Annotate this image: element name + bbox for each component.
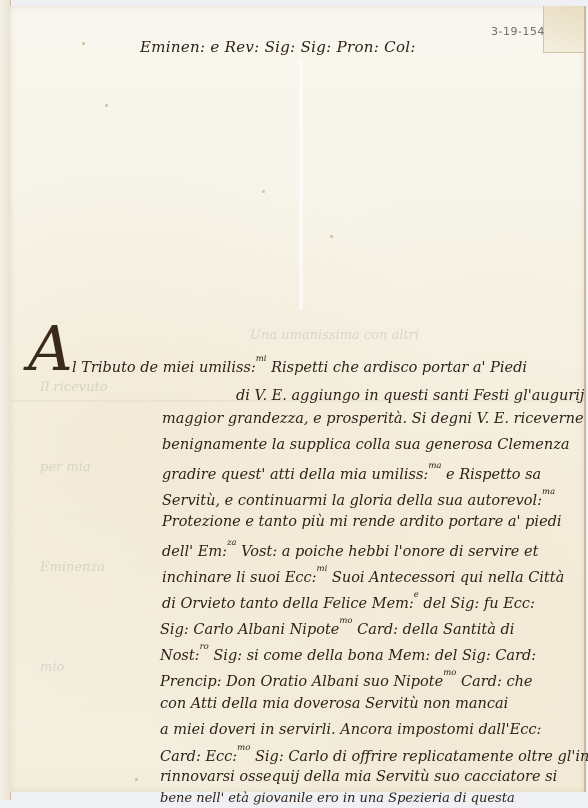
foxing-spot <box>262 190 265 193</box>
letter-line: gradire quest' atti della mia umiliss:ma… <box>162 462 541 484</box>
letter-line: benignamente la supplica colla sua gener… <box>162 436 570 454</box>
letter-line: Prencip: Don Oratio Albani suo Nipotemo … <box>160 669 533 691</box>
foxing-spot <box>82 42 85 45</box>
letter-line: l Tributo de miei umiliss:mi Rispetti ch… <box>72 355 527 377</box>
letter-line: di V. E. aggiungo in questi santi Festi … <box>236 383 588 405</box>
scanned-document: Una umanissima con altri Il ricevuto per… <box>0 0 588 800</box>
letter-line: di Orvieto tanto della Felice Mem:e del … <box>162 591 535 613</box>
letter-line: Card: Ecc:mo Sig: Carlo di offrire repli… <box>160 744 588 766</box>
letter-line: Nost:ro Sig: si come della bona Mem: del… <box>160 643 536 665</box>
letter-line: dell' Em:za Vost: a poiche hebbi l'onore… <box>162 539 538 561</box>
letter-line: Servitù, e continuarmi la gloria della s… <box>162 488 555 510</box>
letter-line: a miei doveri in servirli. Ancora impost… <box>160 721 541 739</box>
letter-line: con Atti della mia doverosa Servitù non … <box>160 695 508 713</box>
letter-line: inchinare li suoi Ecc:mi Suoi Antecessor… <box>162 565 564 587</box>
letter-line: maggior grandezza, e prosperità. Si degn… <box>162 410 584 428</box>
foxing-spot <box>330 235 333 238</box>
letter-body: l Tributo de miei umiliss:mi Rispetti ch… <box>0 0 588 800</box>
foxing-spot <box>105 104 108 107</box>
letter-line: bene nell' età giovanile ero in una Spez… <box>160 790 515 800</box>
letter-line: Protezione e tanto più mi rende ardito p… <box>162 513 562 531</box>
letter-line: Sig: Carlo Albani Nipotemo Card: della S… <box>160 617 514 639</box>
foxing-spot <box>135 778 138 781</box>
letter-line: rinnovarsi ossequij della mia Servitù su… <box>160 768 557 786</box>
